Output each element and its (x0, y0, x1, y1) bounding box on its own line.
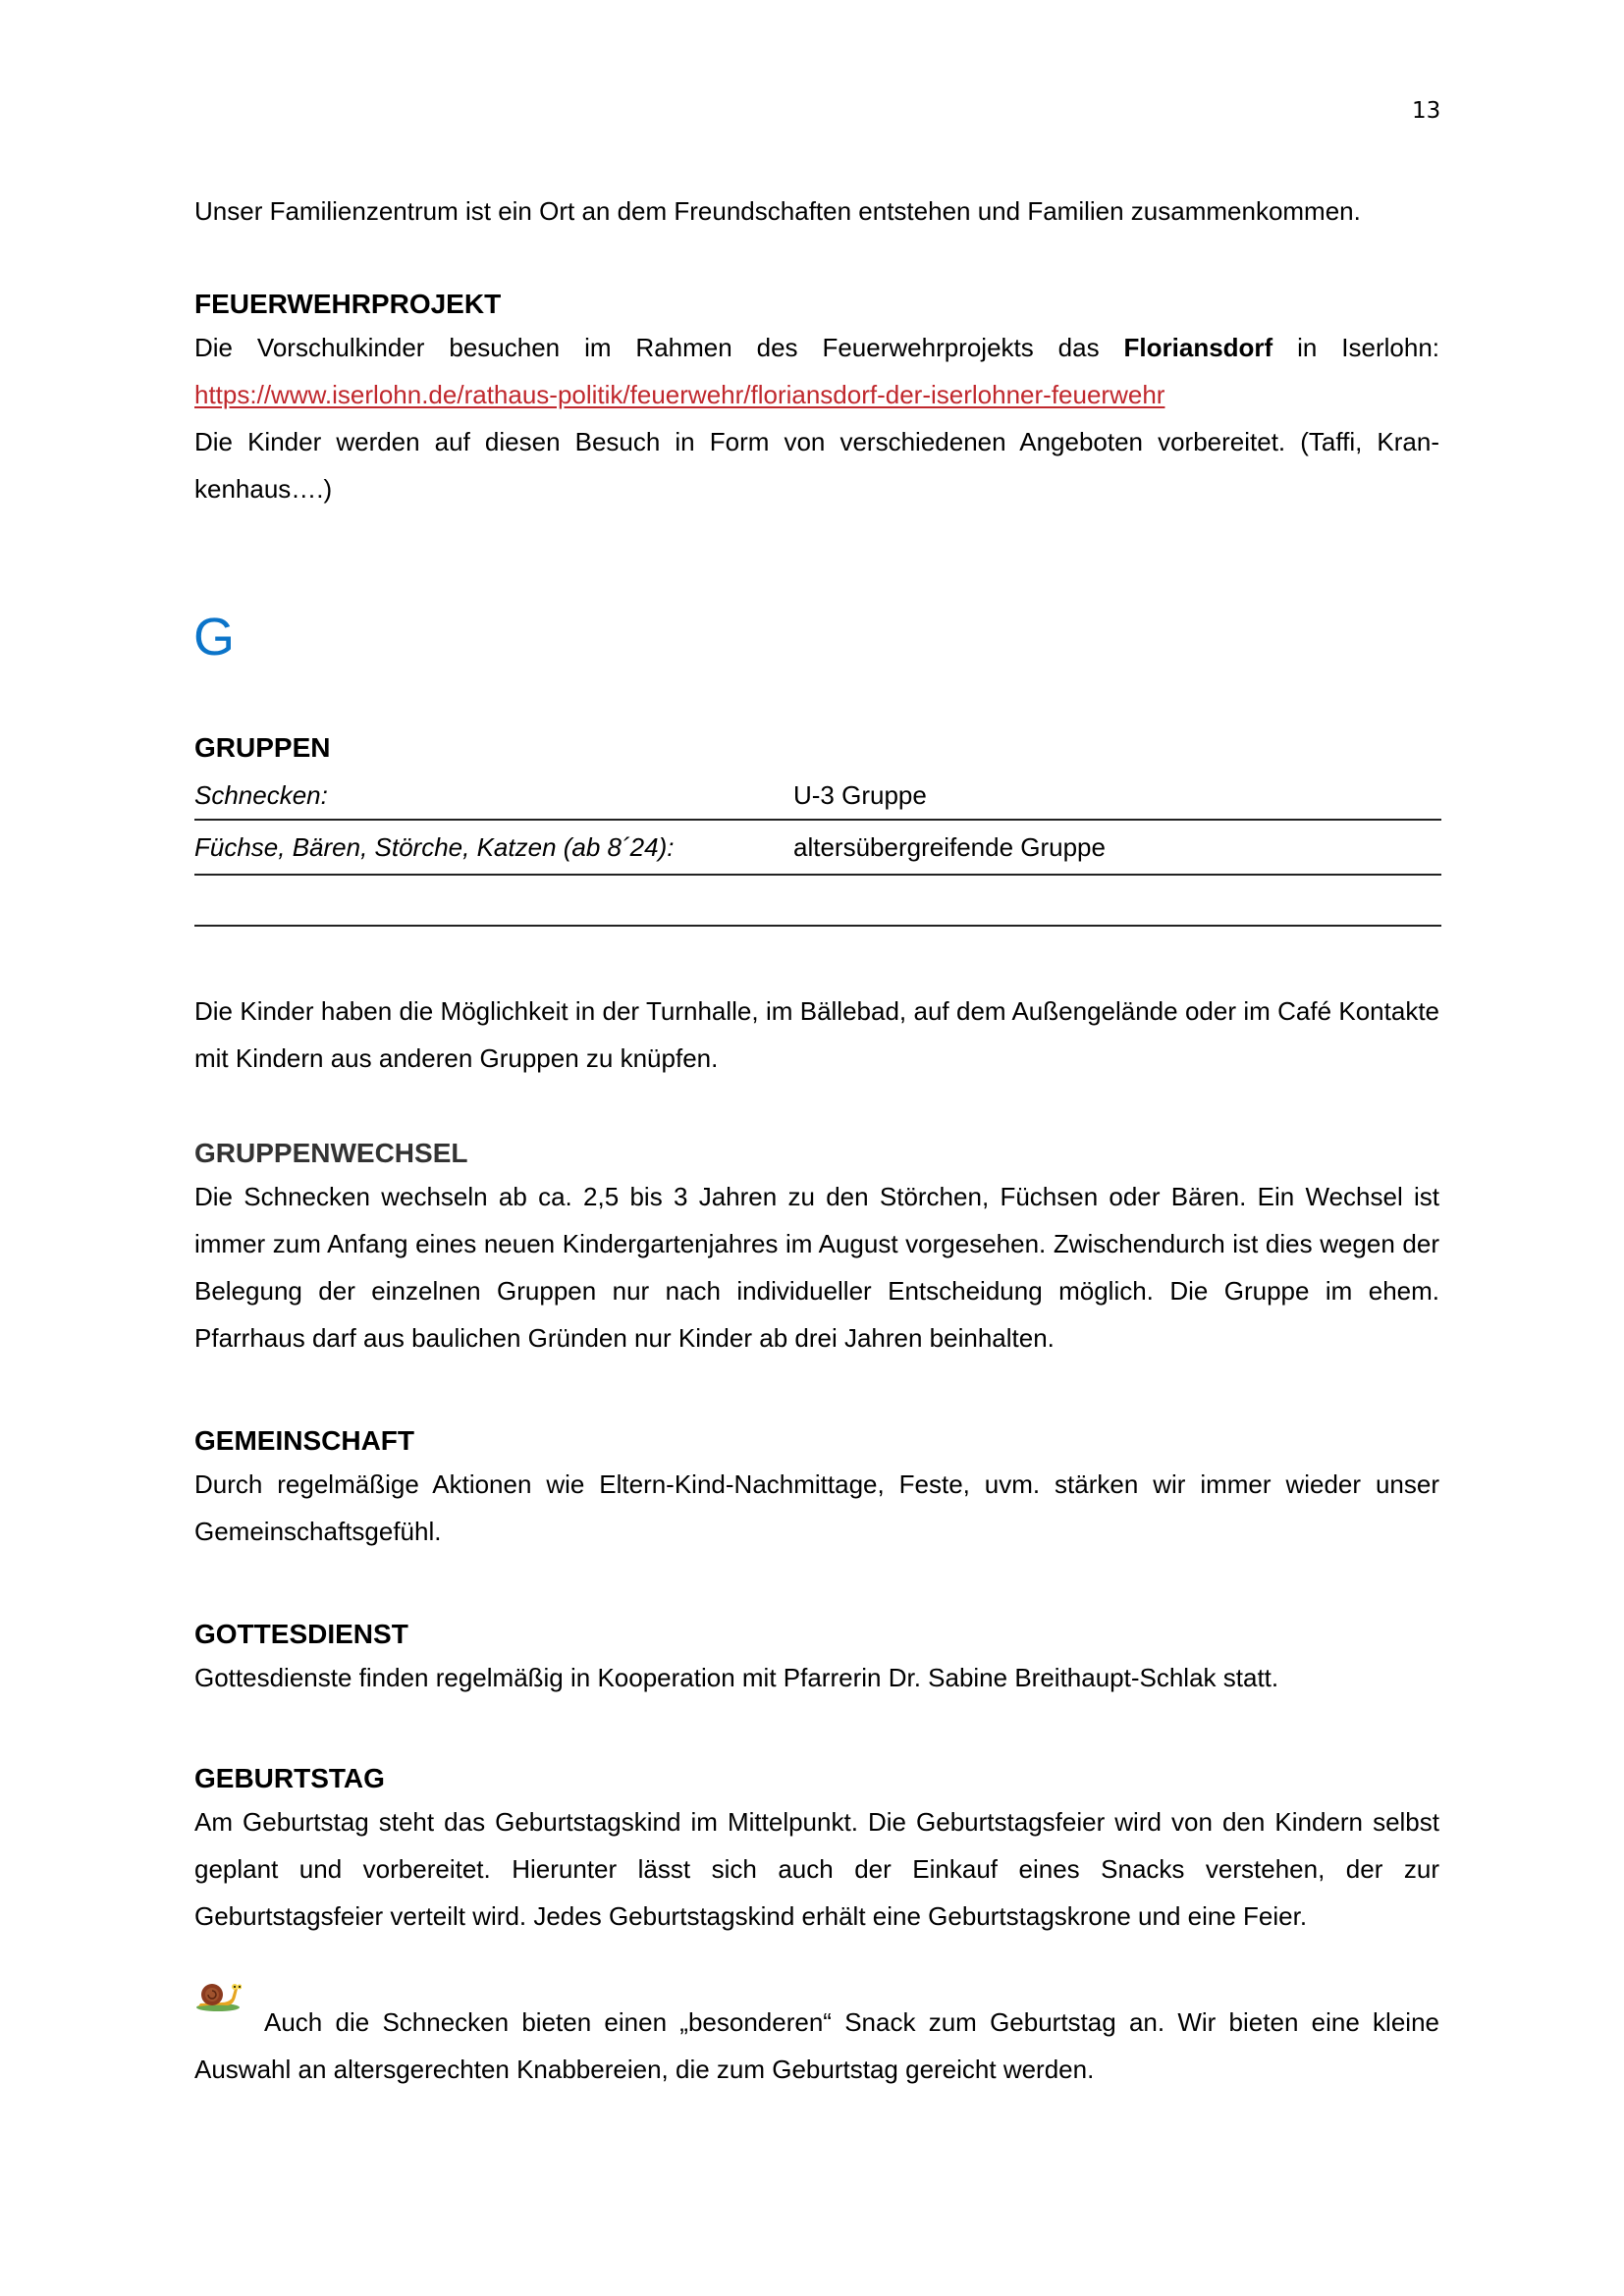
feuerwehr-link-line: https://www.iserlohn.de/rathaus-politik/… (194, 371, 1439, 418)
page-number: 13 (1412, 98, 1440, 124)
heading-gottesdienst: GOTTESDIENST (194, 1615, 1439, 1654)
gruppenwechsel-text: Die Schnecken wechseln ab ca. 2,5 bis 3 … (194, 1173, 1439, 1362)
table-row: Füchse, Bären, Störche, Katzen (ab 8´24)… (194, 820, 1441, 875)
group-type (793, 875, 1441, 926)
section-letter: G (193, 607, 235, 667)
heading-gruppenwechsel: GRUPPENWECHSEL (194, 1134, 1439, 1173)
feuerwehr-text-b: in Iserlohn: (1272, 333, 1439, 362)
table-row (194, 875, 1441, 926)
gemeinschaft-text: Durch regelmäßige Aktionen wie Eltern-Ki… (194, 1461, 1439, 1555)
section-gruppen: GRUPPEN Schnecken: U-3 Gruppe Füchse, Bä… (194, 728, 1439, 927)
snail-note-section: Auch die Schnecken bieten einen „besonde… (194, 1999, 1439, 2093)
snail-note-text: Auch die Schnecken bieten einen „besonde… (194, 1999, 1439, 2093)
section-feuerwehrprojekt: FEUERWEHRPROJEKT Die Vorschulkinder besu… (194, 285, 1439, 512)
heading-gruppen: GRUPPEN (194, 728, 1439, 768)
gruppen-table: Schnecken: U-3 Gruppe Füchse, Bären, Stö… (194, 772, 1441, 927)
intro-section: Unser Familienzentrum ist ein Ort an dem… (194, 187, 1439, 235)
floriansdorf-link[interactable]: https://www.iserlohn.de/rathaus-politik/… (194, 380, 1164, 409)
table-row: Schnecken: U-3 Gruppe (194, 772, 1441, 820)
section-gemeinschaft: GEMEINSCHAFT Durch regelmäßige Aktionen … (194, 1421, 1439, 1555)
group-type: altersübergreifende Gruppe (793, 820, 1441, 875)
feuerwehr-text: Die Vorschulkinder besuchen im Rahmen de… (194, 324, 1439, 371)
heading-feuerwehrprojekt: FEUERWEHRPROJEKT (194, 285, 1439, 324)
section-geburtstag: GEBURTSTAG Am Geburtstag steht das Gebur… (194, 1759, 1439, 1940)
group-name (194, 875, 793, 926)
gruppen-text-section: Die Kinder haben die Möglichkeit in der … (194, 988, 1439, 1082)
feuerwehr-text2: Die Kinder werden auf diesen Besuch in F… (194, 418, 1439, 512)
heading-gemeinschaft: GEMEINSCHAFT (194, 1421, 1439, 1461)
geburtstag-text: Am Geburtstag steht das Geburtstagskind … (194, 1798, 1439, 1940)
intro-text: Unser Familienzentrum ist ein Ort an dem… (194, 187, 1439, 235)
floriansdorf-bold: Floriansdorf (1124, 333, 1273, 362)
group-type: U-3 Gruppe (793, 772, 1441, 820)
gruppen-text: Die Kinder haben die Möglichkeit in der … (194, 988, 1439, 1082)
section-gottesdienst: GOTTESDIENST Gottesdienste finden regelm… (194, 1615, 1439, 1701)
section-gruppenwechsel: GRUPPENWECHSEL Die Schnecken wechseln ab… (194, 1134, 1439, 1362)
group-name: Schnecken: (194, 772, 793, 820)
feuerwehr-text-a: Die Vorschulkinder besuchen im Rahmen de… (194, 333, 1124, 362)
document-page: 13 Unser Familienzentrum ist ein Ort an … (0, 0, 1624, 2296)
gottesdienst-text: Gottesdienste finden regelmäßig in Koope… (194, 1654, 1439, 1701)
heading-geburtstag: GEBURTSTAG (194, 1759, 1439, 1798)
group-name: Füchse, Bären, Störche, Katzen (ab 8´24)… (194, 820, 793, 875)
